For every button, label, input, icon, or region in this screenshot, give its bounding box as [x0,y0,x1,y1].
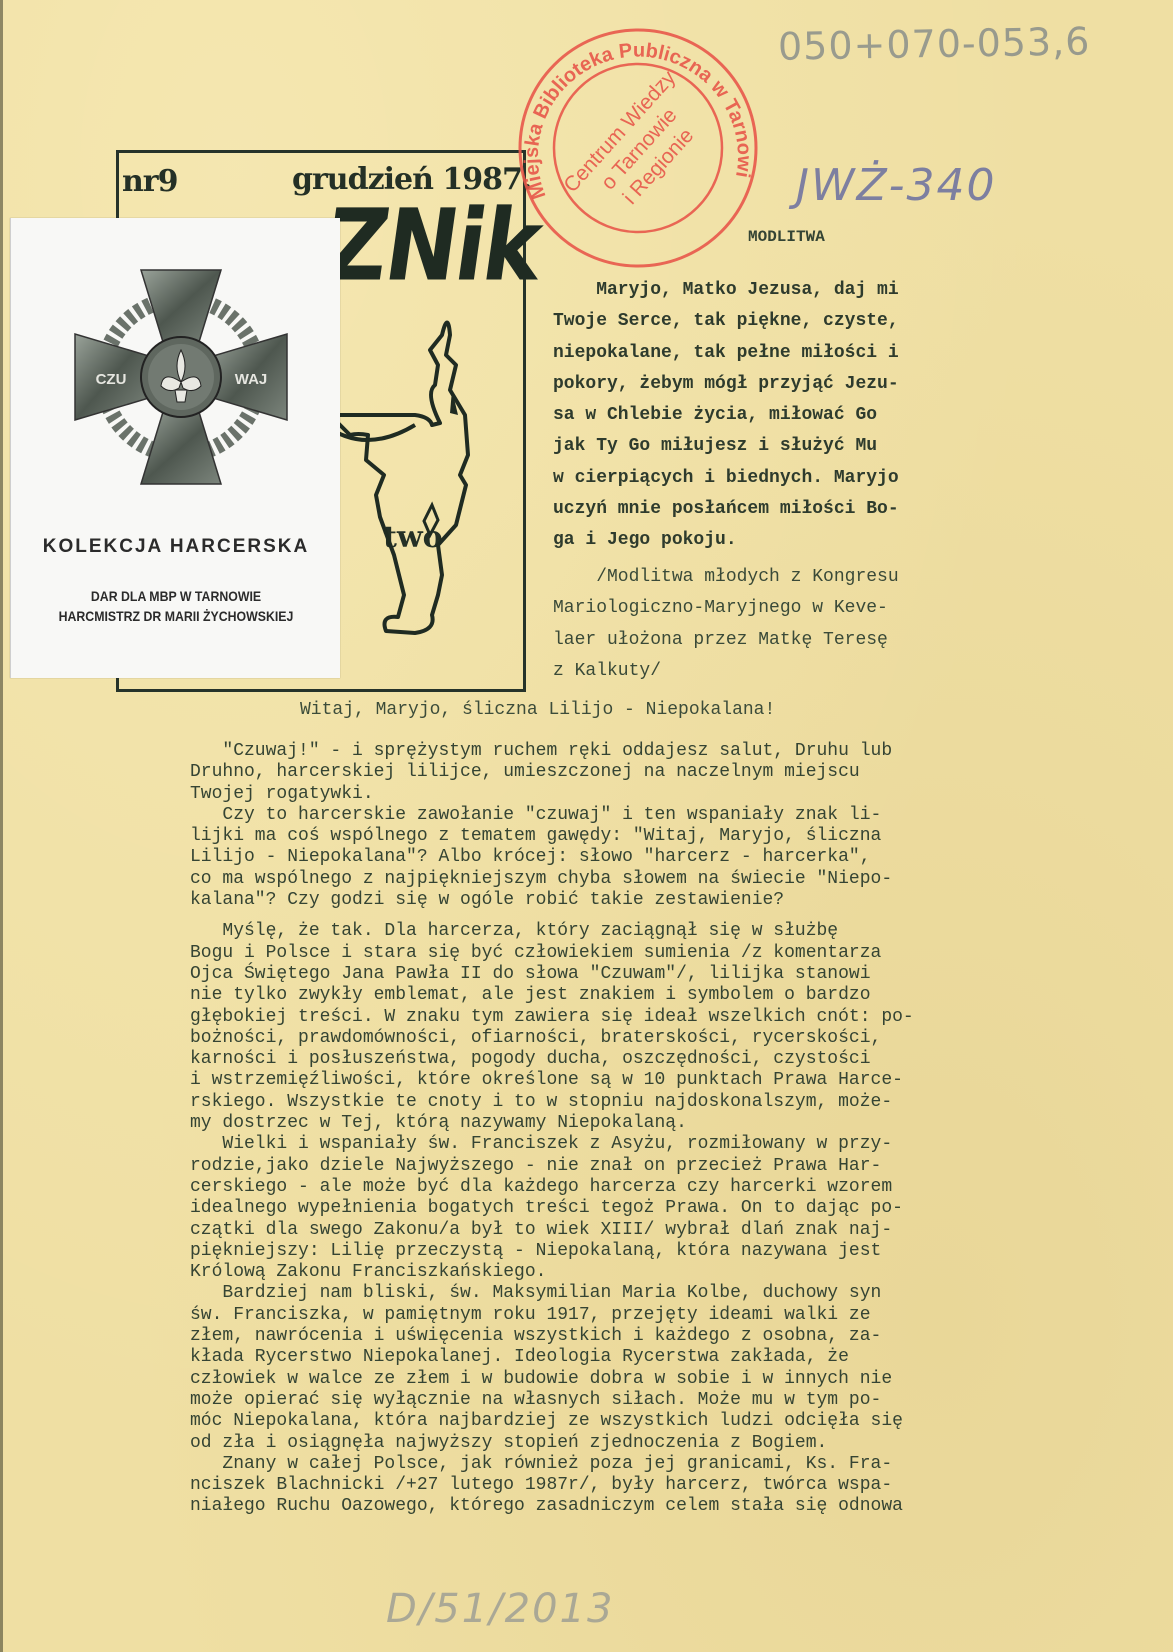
article-title: Witaj, Maryjo, śliczna Lilijo - Niepokal… [300,700,775,720]
article-line: św. Franciszka, w pamiętnym roku 1917, p… [190,1305,1010,1326]
article-line: Druhno, harcerskiej lilijce, umieszczone… [190,762,1010,783]
article-line: niałego Ruchu Oazowego, którego zasadnic… [190,1496,1010,1517]
article-line: móc Niepokalana, która najbardziej ze ws… [190,1411,1010,1432]
article-line: nciszek Blachnicki /+27 lutego 1987r/, b… [190,1475,1010,1496]
article-line: nie tylko zwykły emblemat, ale jest znak… [190,985,1010,1006]
article-line: my dostrzec w Tej, którą nazywamy Niepok… [190,1113,1010,1134]
catalog-code: 050+070-053,6 [778,19,1091,68]
harcerski-krzyz-icon: CZU WAJ [71,262,291,492]
article-line: człowiek w walce ze złem i w budowie dob… [190,1369,1010,1390]
prayer-line: ga i Jego pokoju. [553,525,899,556]
article-line: piękniejszy: Lilię przeczystą - Niepokal… [190,1241,1010,1262]
article-line: może opierać się wyłącznie na własnych s… [190,1390,1010,1411]
article-line: Znany w całej Polsce, jak również poza j… [190,1454,1010,1475]
collection-label: CZU WAJ KOLEKCJA HARCERSKA DAR DLA MBP W… [10,218,340,678]
article-line: karności i posłuszeństwa, pogody ducha, … [190,1049,1010,1070]
article-body: "Czuwaj!" - i sprężystym ruchem ręki odd… [190,741,1010,1518]
article-line: "Czuwaj!" - i sprężystym ruchem ręki odd… [190,741,1010,762]
svg-text:CZU: CZU [96,371,127,388]
article-line: Twojej rogatywki. [190,784,1010,805]
scout-bugler-icon [320,295,490,645]
source-line: /Modlitwa młodych z Kongresu [553,562,899,593]
article-line: Wielki i wspaniały św. Franciszek z Asyż… [190,1134,1010,1155]
article-line: kłada Rycerstwo Niepokalanej. Ideologia … [190,1347,1010,1368]
article-line: rodzie,jako dziele Najwyższego - nie zna… [190,1156,1010,1177]
prayer-line: Twoje Serce, tak piękne, czyste, [553,306,899,337]
article-line: Czy to harcerskie zawołanie "czuwaj" i t… [190,805,1010,826]
article-line: idealnego wypełnienia bogatych treści te… [190,1198,1010,1219]
donation-line: HARCMISTRZ DR MARII ŻYCHOWSKIEJ [31,606,321,626]
paragraph-gap [190,911,1010,921]
prayer-line: Maryjo, Matko Jezusa, daj mi [553,275,899,306]
prayer-line: jak Ty Go miłujesz i służyć Mu [553,431,899,462]
article-line: Ojca Świętego Jana Pawła II do słowa "Cz… [190,964,1010,985]
prayer-text: Maryjo, Matko Jezusa, daj mi Twoje Serce… [553,275,899,557]
prayer-line: sa w Chlebie życia, miłować Go [553,400,899,431]
collection-donation: DAR DLA MBP W TARNOWIE HARCMISTRZ DR MAR… [31,586,321,626]
prayer-heading: MODLITWA [748,228,825,246]
article-line: od zła i osiągnęła najwyższy stopień zje… [190,1433,1010,1454]
source-line: laer ułożona przez Matkę Teresę [553,625,899,656]
article-line: lijki ma coś wspólnego z tematem gawędy:… [190,826,1010,847]
source-line: Mariologiczno-Maryjnego w Keve- [553,593,899,624]
article-line: głębokiej treści. W znaku tym zawiera si… [190,1007,1010,1028]
prayer-line: pokory, żebym mógł przyjąć Jezu- [553,369,899,400]
article-line: Lilijo - Niepokalana"? Albo krócej: słow… [190,847,1010,868]
source-line: z Kalkuty/ [553,656,899,687]
article-line: Królową Zakonu Franciszkańskiego. [190,1262,1010,1283]
article-line: i wstrzemięźliwości, które określone są … [190,1070,1010,1091]
inventory-number: D/51/2013 [386,1586,614,1632]
issue-number: nr9 [122,164,178,199]
prayer-line: w cierpiących i biednych. Maryjo [553,463,899,494]
article-line: Bogu i Polsce i stara się być człowiekie… [190,943,1010,964]
library-stamp-icon: Miejska Biblioteka Publiczna w Tarnowie … [506,26,770,276]
article-line: cerskiego - ale może być dla każdego har… [190,1177,1010,1198]
article-line: Bardziej nam bliski, św. Maksymilian Mar… [190,1283,1010,1304]
article-line: czątki dla swego Zakonu/a był to wiek XI… [190,1220,1010,1241]
shelf-signature: JWŻ-340 [796,160,996,211]
prayer-source: /Modlitwa młodych z Kongresu Mariologicz… [553,562,899,687]
article-line: bożności, prawdomówności, ofiarności, br… [190,1028,1010,1049]
prayer-line: uczyń mnie posłańcem miłości Bo- [553,494,899,525]
svg-text:WAJ: WAJ [235,371,268,388]
page-edge [0,0,3,1652]
article-line: rskiego. Wszystkie te cnoty i to w stopn… [190,1092,1010,1113]
donation-line: DAR DLA MBP W TARNOWIE [31,586,321,606]
article-line: kalana"? Czy godzi się w ogóle robić tak… [190,890,1010,911]
article-line: Myślę, że tak. Dla harcerza, który zacią… [190,921,1010,942]
article-line: złem, nawrócenia i uświęcenia wszystkich… [190,1326,1010,1347]
prayer-line: niepokalane, tak pełne miłości i [553,338,899,369]
collection-title: KOLEKCJA HARCERSKA [11,536,341,558]
article-line: co ma wspólnego z najpiękniejszym chyba … [190,869,1010,890]
